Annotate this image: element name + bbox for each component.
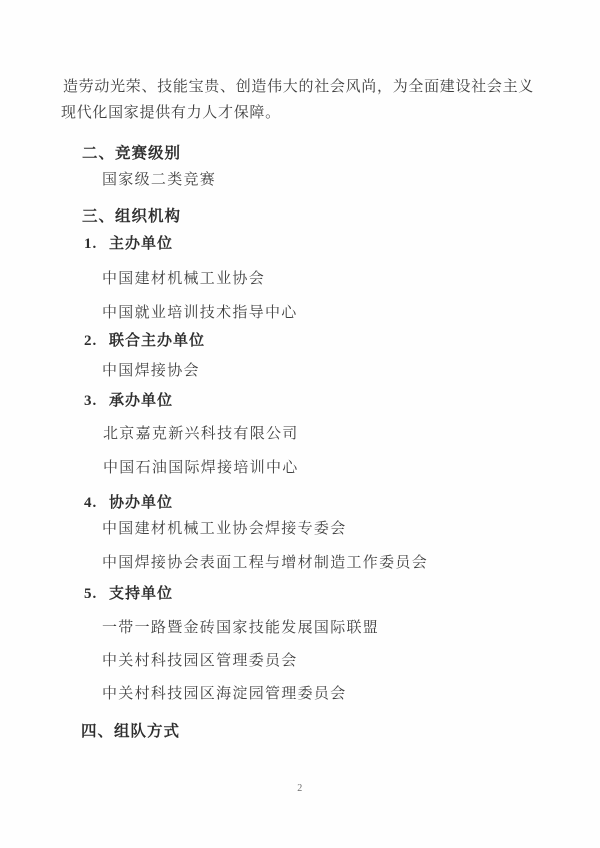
supporter-unit-item: 一带一路暨金砖国家技能发展国际联盟: [102, 620, 379, 637]
host-unit-item: 中国就业培训技术指导中心: [102, 305, 298, 322]
intro-paragraph-line-1: 造劳动光荣、技能宝贵、创造伟大的社会风尚，为全面建设社会主义: [63, 79, 534, 96]
competition-level-value: 国家级二类竞赛: [102, 172, 216, 189]
coorganizer-unit-item: 中国建材机械工业协会焊接专委会: [102, 521, 347, 538]
subheading-cohost-unit: 2. 联合主办单位: [84, 333, 205, 350]
undertaker-unit-item: 中国石油国际焊接培训中心: [103, 460, 299, 477]
page-number: 2: [0, 783, 600, 794]
heading-organization: 三、组织机构: [82, 208, 181, 225]
subheading-host-unit: 1. 主办单位: [84, 236, 173, 253]
document-page: 造劳动光荣、技能宝贵、创造伟大的社会风尚，为全面建设社会主义 现代化国家提供有力…: [0, 0, 600, 848]
intro-paragraph-line-2: 现代化国家提供有力人才保障。: [61, 105, 281, 122]
host-unit-item: 中国建材机械工业协会: [102, 271, 265, 288]
heading-competition-level: 二、竞赛级别: [82, 145, 181, 162]
supporter-unit-item: 中关村科技园区海淀园管理委员会: [102, 686, 347, 703]
subheading-supporter-unit: 5. 支持单位: [84, 586, 173, 603]
heading-team-formation: 四、组队方式: [81, 723, 180, 740]
undertaker-unit-item: 北京嘉克新兴科技有限公司: [103, 426, 299, 443]
cohost-unit-item: 中国焊接协会: [102, 363, 200, 380]
supporter-unit-item: 中关村科技园区管理委员会: [102, 653, 298, 670]
subheading-coorganizer-unit: 4. 协办单位: [84, 495, 173, 512]
coorganizer-unit-item: 中国焊接协会表面工程与增材制造工作委员会: [102, 555, 428, 572]
subheading-undertaker-unit: 3. 承办单位: [84, 393, 173, 410]
